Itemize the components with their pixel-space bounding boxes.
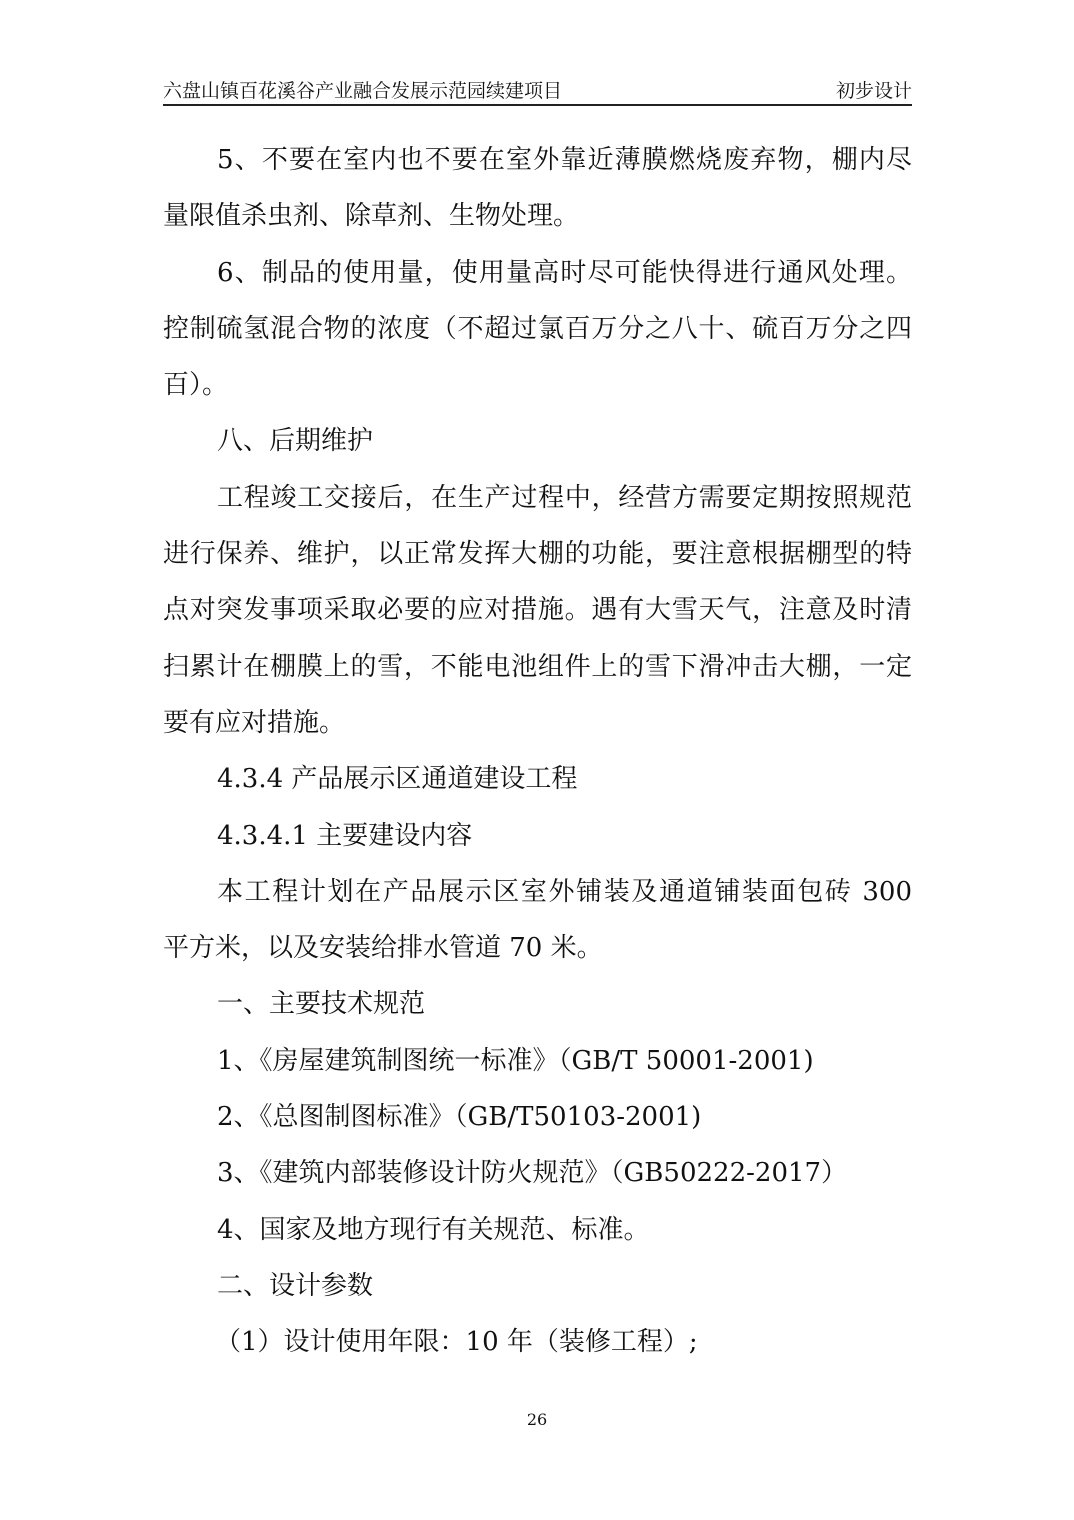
section-heading-technical-standards: 一、主要技术规范	[163, 976, 912, 1032]
standard-item: 3、《建筑内部装修设计防火规范》（GB50222-2017）	[163, 1145, 912, 1201]
paragraph-item-5: 5、不要在室内也不要在室外靠近薄膜燃烧废弃物，棚内尽 量限值杀虫剂、除草剂、生物…	[163, 132, 912, 245]
section-heading-4-3-4: 4.3.4 产品展示区通道建设工程	[163, 751, 912, 807]
standard-item: 1、《房屋建筑制图统一标准》（GB/T 50001-2001)	[163, 1033, 912, 1089]
text-line: 扫累计在棚膜上的雪，不能电池组件上的雪下滑冲击大棚，一定	[163, 639, 912, 695]
heading-text: 4.3.4 产品展示区通道建设工程	[163, 751, 912, 807]
text-line: 2、《总图制图标准》（GB/T50103-2001)	[163, 1089, 912, 1145]
standard-item: 4、国家及地方现行有关规范、标准。	[163, 1202, 912, 1258]
page-header: 六盘山镇百花溪谷产业融合发展示范园续建项目 初步设计	[163, 76, 912, 106]
heading-text: 4.3.4.1 主要建设内容	[163, 808, 912, 864]
text-line: 百）。	[163, 357, 912, 413]
page-number: 26	[0, 1410, 1074, 1430]
section-heading-maintenance: 八、后期维护	[163, 413, 912, 469]
text-line: 进行保养、维护，以正常发挥大棚的功能，要注意根据棚型的特	[163, 526, 912, 582]
text-line: （1）设计使用年限：10 年（装修工程）;	[215, 1314, 912, 1370]
paragraph-item-6: 6、制品的使用量，使用量高时尽可能快得进行通风处理。 控制硫氢混合物的浓度（不超…	[163, 245, 912, 414]
text-line: 工程竣工交接后，在生产过程中，经营方需要定期按照规范	[163, 470, 912, 526]
text-line: 要有应对措施。	[163, 695, 912, 751]
document-body: 5、不要在室内也不要在室外靠近薄膜燃烧废弃物，棚内尽 量限值杀虫剂、除草剂、生物…	[163, 132, 912, 1371]
paragraph-scope: 本工程计划在产品展示区室外铺装及通道铺装面包砖 300 平方米，以及安装给排水管…	[163, 864, 912, 977]
parameter-item: （1）设计使用年限：10 年（装修工程）;	[163, 1314, 912, 1370]
text-line: 5、不要在室内也不要在室外靠近薄膜燃烧废弃物，棚内尽	[163, 132, 912, 188]
standard-item: 2、《总图制图标准》（GB/T50103-2001)	[163, 1089, 912, 1145]
text-line: 3、《建筑内部装修设计防火规范》（GB50222-2017）	[163, 1145, 912, 1201]
heading-text: 二、设计参数	[163, 1258, 912, 1314]
text-line: 1、《房屋建筑制图统一标准》（GB/T 50001-2001)	[163, 1033, 912, 1089]
paragraph-maintenance: 工程竣工交接后，在生产过程中，经营方需要定期按照规范 进行保养、维护，以正常发挥…	[163, 470, 912, 751]
text-line: 平方米，以及安装给排水管道 70 米。	[163, 920, 912, 976]
text-line: 量限值杀虫剂、除草剂、生物处理。	[163, 188, 912, 244]
text-line: 4、国家及地方现行有关规范、标准。	[163, 1202, 912, 1258]
text-line: 6、制品的使用量，使用量高时尽可能快得进行通风处理。	[163, 245, 912, 301]
project-title: 六盘山镇百花溪谷产业融合发展示范园续建项目	[163, 80, 562, 102]
text-line: 本工程计划在产品展示区室外铺装及通道铺装面包砖 300	[163, 864, 912, 920]
heading-text: 八、后期维护	[163, 413, 912, 469]
text-line: 点对突发事项采取必要的应对措施。遇有大雪天气，注意及时清	[163, 582, 912, 638]
section-heading-design-parameters: 二、设计参数	[163, 1258, 912, 1314]
text-line: 控制硫氢混合物的浓度（不超过氯百万分之八十、硫百万分之四	[163, 301, 912, 357]
design-stage-label: 初步设计	[836, 80, 912, 102]
heading-text: 一、主要技术规范	[163, 976, 912, 1032]
section-heading-4-3-4-1: 4.3.4.1 主要建设内容	[163, 808, 912, 864]
